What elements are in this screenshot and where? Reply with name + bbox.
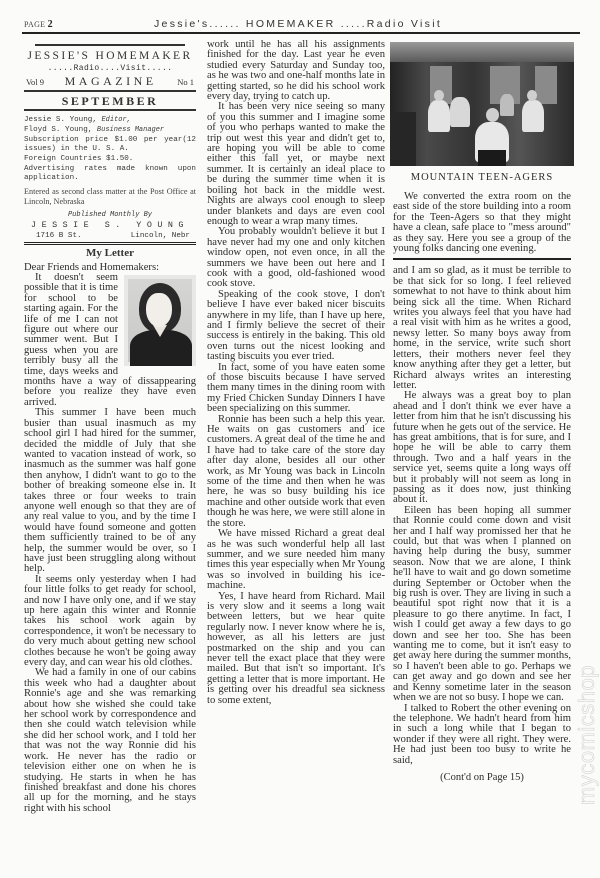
masthead-rule xyxy=(35,44,185,46)
masthead-subtitle: .....Radio....Visit..... xyxy=(24,63,196,74)
publisher-address: 1716 B St. Lincoln, Nebr xyxy=(24,231,196,241)
photo-caption: MOUNTAIN TEEN-AGERS xyxy=(393,172,571,184)
paragraph: I talked to Robert the other evening on … xyxy=(393,704,571,766)
publisher-name: JESSIE S. YOUNG xyxy=(24,220,196,231)
paragraph: You probably wouldn't believe it but I h… xyxy=(207,227,385,289)
paragraph: and I am so glad, as it must be terrible… xyxy=(393,266,571,391)
address-street: 1716 B St. xyxy=(36,231,82,241)
paragraph: Speaking of the cook stove, I don't beli… xyxy=(207,290,385,363)
manager-line: Floyd S. Young, Business Manager xyxy=(24,126,196,135)
double-rule xyxy=(24,242,196,246)
magazine-label: MAGAZINE xyxy=(65,74,157,88)
continued-note: (Cont'd on Page 15) xyxy=(393,773,571,783)
editor-line: Jessie S. Young, Editor, xyxy=(24,116,196,125)
issue-number: No 1 xyxy=(177,75,194,89)
running-title: Jessie's...... HOMEMAKER .....Radio Visi… xyxy=(154,18,442,30)
paragraph: It has been very nice seeing so many of … xyxy=(207,102,385,227)
column-3: MOUNTAIN TEEN-AGERS We converted the ext… xyxy=(393,40,571,783)
teen-agers-photo xyxy=(390,42,574,166)
volume-label: Vol 9 xyxy=(26,75,44,89)
paragraph: We have missed Richard a great deal as h… xyxy=(207,529,385,591)
column-2: work until he has all his assignments fi… xyxy=(207,40,385,706)
masthead-title: JESSIE'S HOMEMAKER xyxy=(24,49,196,63)
section-title: My Letter xyxy=(24,247,196,260)
issue-month: SEPTEMBER xyxy=(24,94,196,108)
page-header: PAGE 2 Jessie's...... HOMEMAKER .....Rad… xyxy=(22,16,580,34)
paragraph: We had a family in one of our cabins thi… xyxy=(24,668,196,814)
author-portrait xyxy=(124,275,196,366)
column-1: JESSIE'S HOMEMAKER .....Radio....Visit..… xyxy=(24,40,196,814)
address-city: Lincoln, Nebr xyxy=(131,231,190,241)
photo-feature-text: We converted the extra room on the east … xyxy=(393,192,571,254)
section-divider xyxy=(393,258,571,260)
paragraph: In fact, some of you have eaten some of … xyxy=(207,363,385,415)
watermark: mycomicshop xyxy=(574,600,596,870)
masthead-divider xyxy=(24,109,196,111)
page-number-value: 2 xyxy=(48,19,53,30)
paragraph: Yes, I have heard from Richard. Mail is … xyxy=(207,592,385,706)
staff-info: Jessie S. Young, Editor, Floyd S. Young,… xyxy=(24,116,196,183)
subscription-price: Subscription price $1.00 per year(12 iss… xyxy=(24,136,196,154)
page-number: PAGE 2 xyxy=(24,19,53,30)
masthead: JESSIE'S HOMEMAKER .....Radio....Visit..… xyxy=(24,44,196,246)
paragraph: Eileen has been hoping all summer that R… xyxy=(393,506,571,704)
postal-notice: Entered as second class matter at the Po… xyxy=(24,187,196,206)
published-by: Published Monthly By xyxy=(24,211,196,220)
foreign-price: Foreign Countries $1.50. xyxy=(24,155,196,164)
advertising-note: Advertising rates made known upon applic… xyxy=(24,165,196,183)
paragraph: It seems only yesterday when I had four … xyxy=(24,575,196,669)
page-label: PAGE xyxy=(24,20,45,29)
masthead-divider xyxy=(24,90,196,92)
paragraph: This summer I have been much busier than… xyxy=(24,408,196,575)
masthead-issue-row: Vol 9 MAGAZINE No 1 xyxy=(24,74,196,89)
paragraph: Ronnie has been such a help this year. H… xyxy=(207,415,385,529)
paragraph: work until he has all his assignments fi… xyxy=(207,40,385,102)
paragraph: He always was a great boy to plan ahead … xyxy=(393,391,571,505)
